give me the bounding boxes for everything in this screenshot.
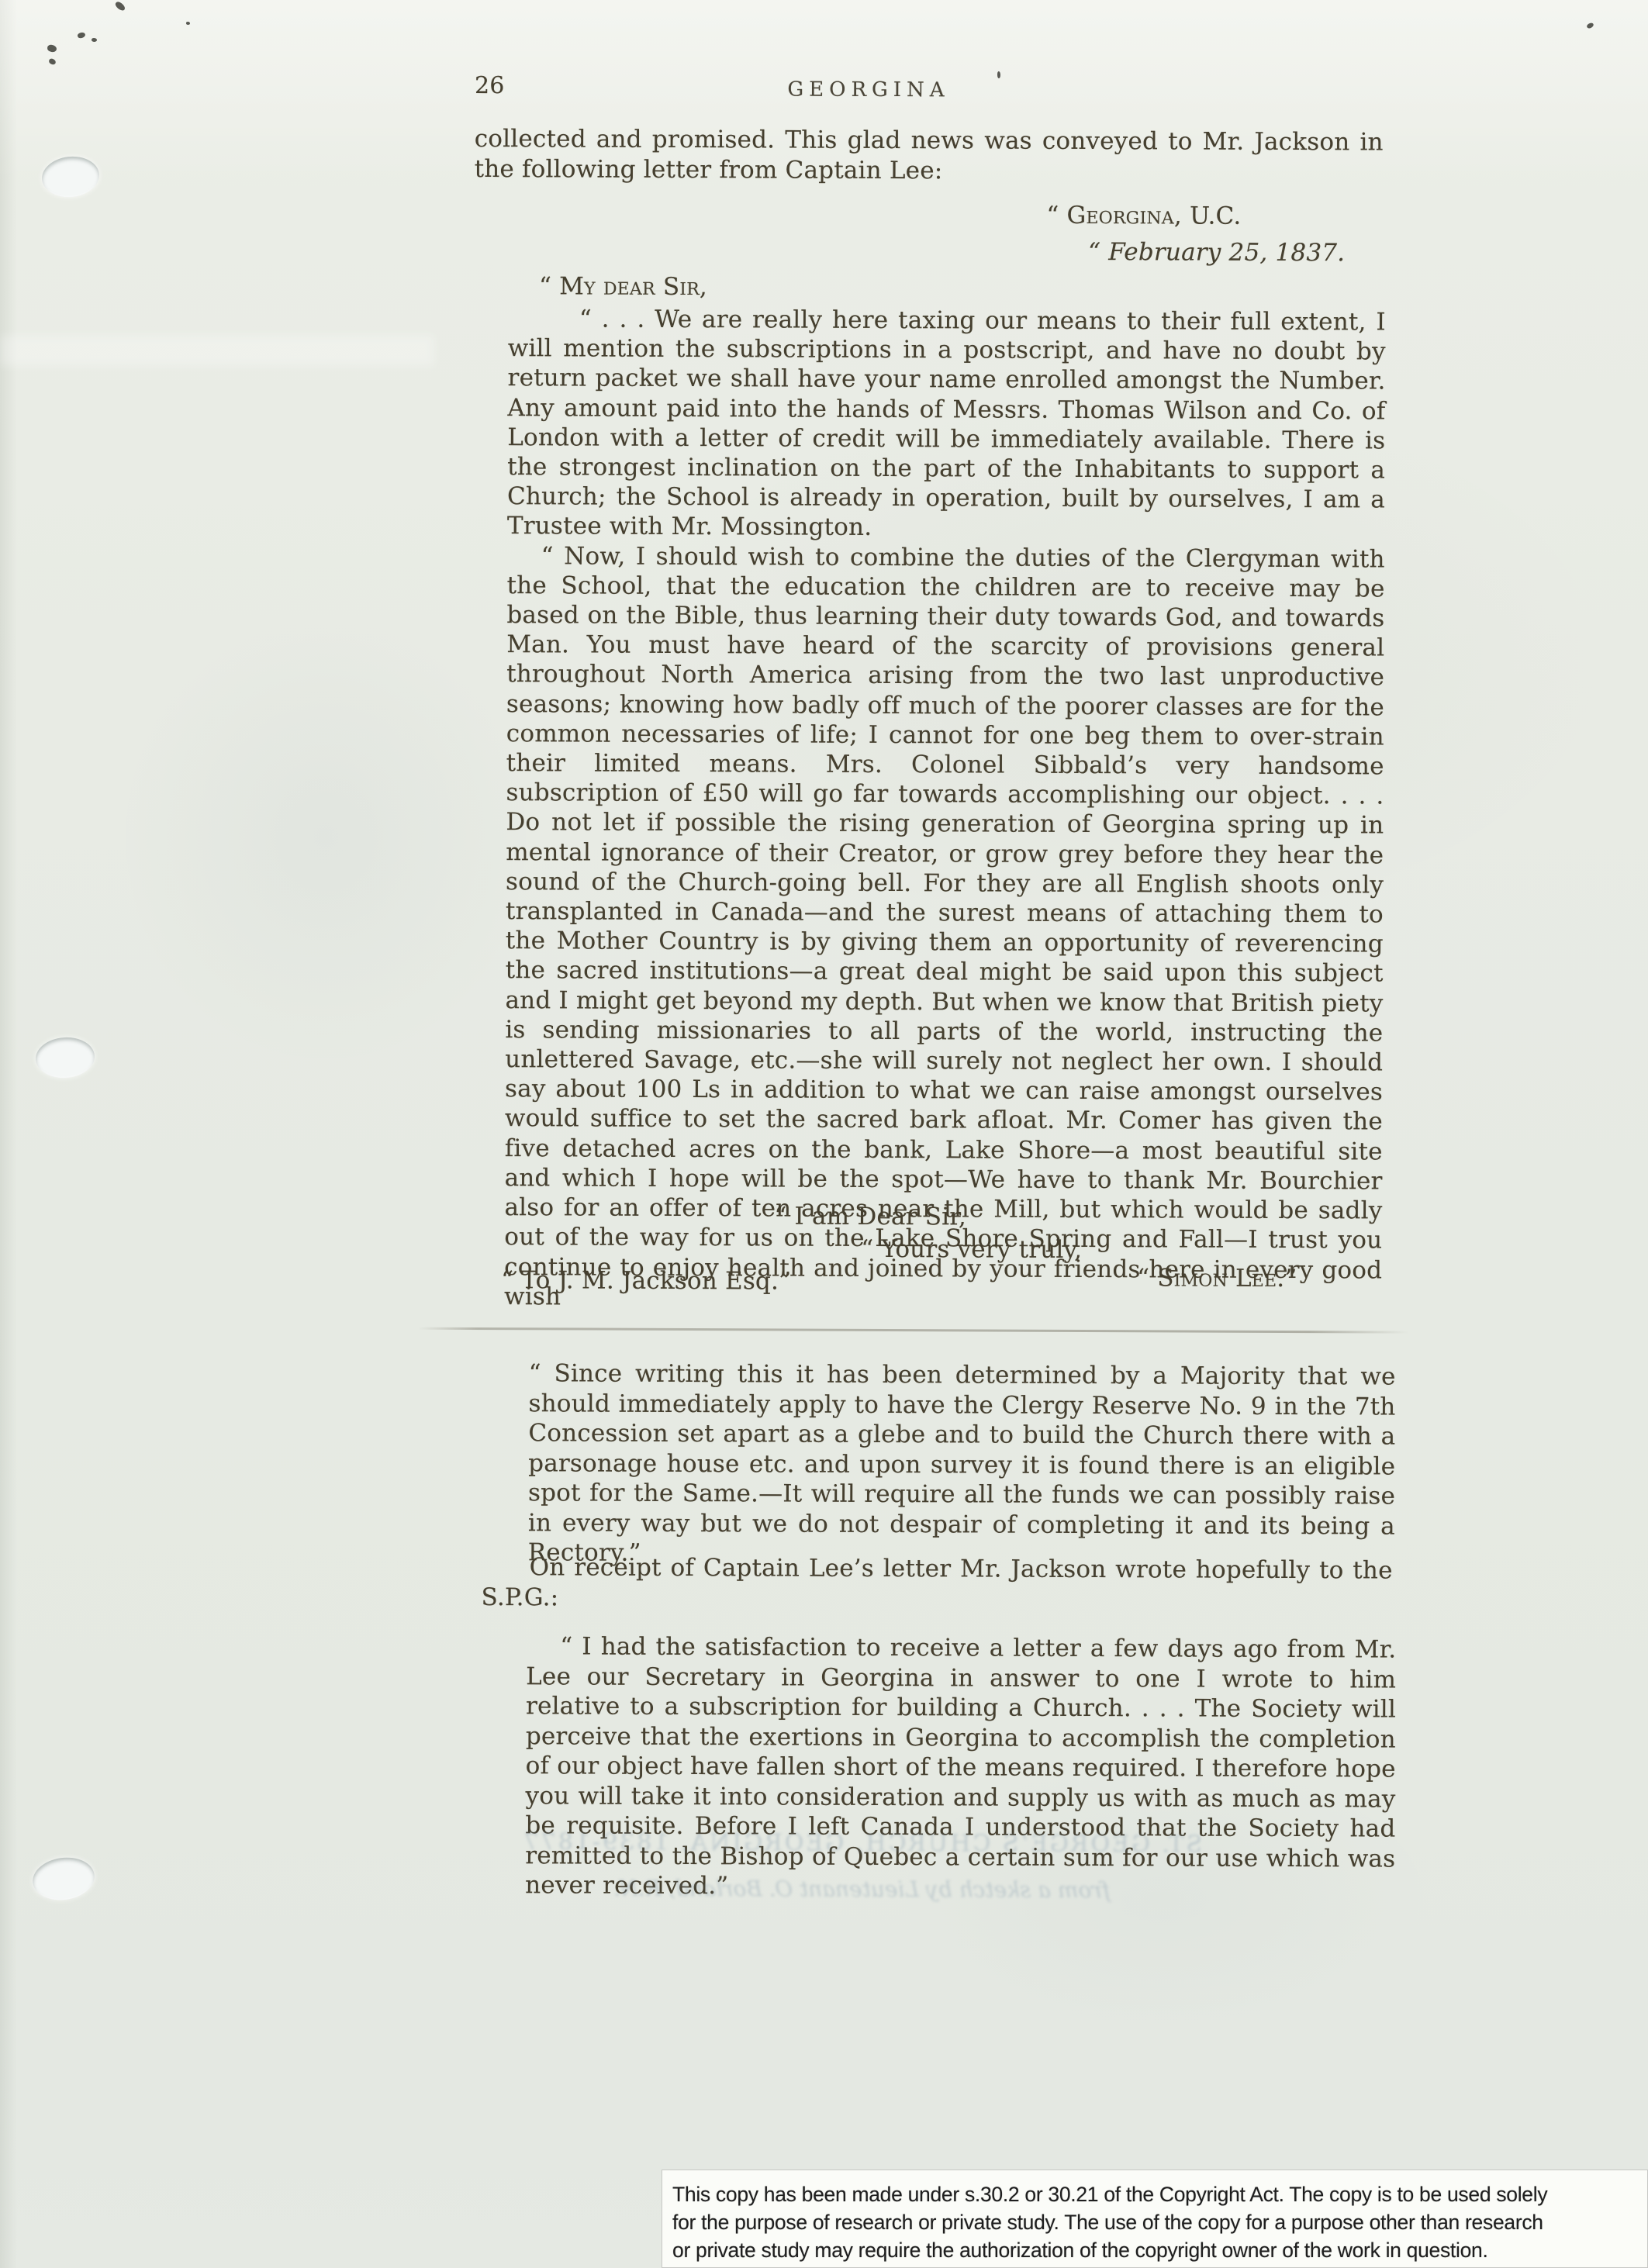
stamp-line: or private study may require the authori…	[672, 2236, 1639, 2264]
intro-paragraph: collected and promised. This glad news w…	[475, 124, 1384, 187]
copyright-stamp: This copy has been made under s.30.2 or …	[662, 2170, 1648, 2268]
transition-paragraph: On receipt of Captain Lee’s letter Mr. J…	[481, 1552, 1392, 1616]
letter-place: “ Georgina, U.C.	[1046, 201, 1241, 231]
scanned-book-page: 26 GEORGINA collected and promised. This…	[0, 0, 1648, 2268]
stamp-line: This copy has been made under s.30.2 or …	[672, 2180, 1639, 2208]
showthrough-caption-title: ST. GEORGE’S CHURCH, GEORGINA, 1839-1877	[474, 1828, 1249, 1859]
stamp-line: for the purpose of research or private s…	[672, 2208, 1639, 2236]
postscript-paragraph: “ Since writing this it has been determi…	[528, 1358, 1396, 1571]
page-text-layer: 26 GEORGINA collected and promised. This…	[0, 0, 1648, 2268]
running-title: GEORGINA	[419, 74, 1318, 107]
second-letter-paragraph: “ I had the satisfaction to receive a le…	[525, 1631, 1396, 1904]
letter-paragraph-2: “ Now, I should wish to combine the duti…	[504, 541, 1385, 1315]
letter-date: “ February 25, 1837.	[1088, 237, 1345, 268]
letter-signature: “ Simon Lee.”	[1137, 1263, 1297, 1293]
letter-paragraph-1: “ . . . We are really here taxing our me…	[507, 304, 1386, 544]
letter-closing-2: “ Yours very truly,	[861, 1234, 1082, 1265]
letter-closing-1: “ I am Dear Sir,	[774, 1201, 966, 1231]
letter-addressee: “ To J. M. Jackson Esq.”	[501, 1265, 791, 1296]
letter-salutation: “ My dear Sir,	[539, 271, 707, 302]
showthrough-caption-subtitle: from a sketch by Lieutenant O. Borland, …	[536, 1875, 1187, 1903]
separator-rule	[418, 1327, 1409, 1334]
